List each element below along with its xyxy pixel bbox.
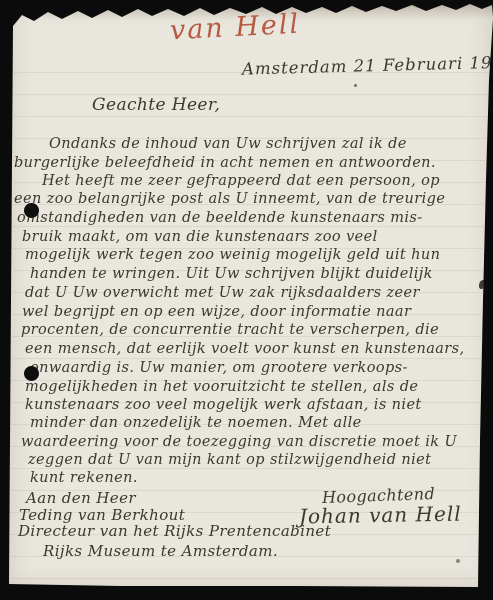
punch-hole-top bbox=[24, 203, 39, 218]
paper-speck bbox=[354, 84, 357, 87]
letter-paper: van Hell Amsterdam 21 Februari 1932 Geac… bbox=[0, 0, 493, 600]
handwritten-line: een mensch, dat eerlijk voelt voor kunst… bbox=[25, 342, 464, 357]
handwritten-line: kunt rekenen. bbox=[30, 471, 138, 486]
salutation: Geachte Heer, bbox=[92, 97, 220, 115]
handwritten-line: kunstenaars zoo veel mogelijk werk afsta… bbox=[25, 398, 422, 413]
handwritten-line: handen te wringen. Uit Uw schrijven blij… bbox=[30, 267, 433, 282]
handwritten-line: minder dan onzedelijk te noemen. Met all… bbox=[30, 416, 362, 431]
handwritten-line: procenten, de concurrentie tracht te ver… bbox=[21, 323, 439, 338]
paper-speck bbox=[456, 559, 460, 563]
scan-background: { "letter": { "red_annotation": "van Hel… bbox=[0, 0, 493, 600]
handwritten-line: dat U Uw overwicht met Uw zak rijksdaald… bbox=[25, 286, 420, 301]
handwritten-line: een zoo belangrijke post als U inneemt, … bbox=[14, 192, 445, 207]
ink-blot bbox=[479, 280, 486, 289]
handwritten-line: Ondanks de inhoud van Uw schrijven zal i… bbox=[49, 137, 407, 152]
handwritten-line: burgerlijke beleefdheid in acht nemen en… bbox=[14, 156, 436, 171]
handwritten-line: wel begrijpt en op een wijze, door infor… bbox=[22, 305, 411, 320]
handwritten-line: onwaardig is. Uw manier, om grootere ver… bbox=[30, 361, 408, 376]
addressee-line: Rijks Museum te Amsterdam. bbox=[43, 544, 278, 560]
handwritten-line: Het heeft me zeer gefrappeerd dat een pe… bbox=[42, 174, 440, 189]
handwritten-line: waardeering voor de toezegging van discr… bbox=[21, 435, 457, 450]
handwritten-line: zeggen dat U van mijn kant op stilzwijge… bbox=[28, 453, 431, 468]
addressee-line: Aan den Heer bbox=[26, 491, 136, 507]
handwritten-line: bruik maakt, om van die kunstenaars zoo … bbox=[22, 230, 378, 245]
addressee-line: Directeur van het Rijks Prentencabinet bbox=[18, 524, 331, 540]
handwritten-line: mogelijkheden in het vooruitzicht te ste… bbox=[25, 380, 418, 395]
handwritten-line: mogelijk werk tegen zoo weinig mogelijk … bbox=[25, 248, 440, 263]
red-ink-annotation: van Hell bbox=[169, 11, 300, 46]
punch-hole-bottom bbox=[24, 366, 39, 381]
handwritten-line: omstandigheden van de beeldende kunstena… bbox=[17, 211, 423, 226]
